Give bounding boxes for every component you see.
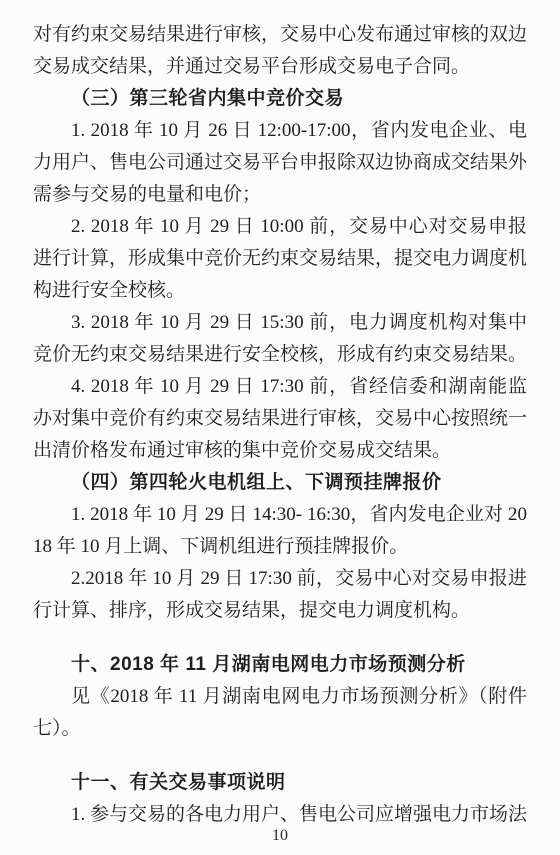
body-paragraph: 2.2018 年 10 月 29 日 17:30 前，交易中心对交易申报进行计算… <box>33 563 527 627</box>
section-heading: （四）第四轮火电机组上、下调预挂牌报价 <box>33 467 527 499</box>
section-heading: 十一、有关交易事项说明 <box>33 767 527 799</box>
body-paragraph: 2. 2018 年 10 月 29 日 10:00 前，交易中心对交易申报进行计… <box>33 211 527 307</box>
document-page: 对有约束交易结果进行审核，交易中心发布通过审核的双边交易成交结果，并通过交易平台… <box>0 0 560 855</box>
page-number: 10 <box>0 826 560 846</box>
document-body: 对有约束交易结果进行审核，交易中心发布通过审核的双边交易成交结果，并通过交易平台… <box>33 19 527 831</box>
body-paragraph: 3. 2018 年 10 月 29 日 15:30 前，电力调度机构对集中竞价无… <box>33 307 527 371</box>
section-heading: （三）第三轮省内集中竞价交易 <box>33 83 527 115</box>
body-paragraph: 1. 2018 年 10 月 26 日 12:00-17:00，省内发电企业、电… <box>33 115 527 211</box>
body-paragraph: 1. 2018 年 10 月 29 日 14:30- 16:30，省内发电企业对… <box>33 499 527 563</box>
body-paragraph: 4. 2018 年 10 月 29 日 17:30 前，省经信委和湖南能监办对集… <box>33 371 527 467</box>
section-heading: 十、2018 年 11 月湖南电网电力市场预测分析 <box>33 649 527 681</box>
body-paragraph: 对有约束交易结果进行审核，交易中心发布通过审核的双边交易成交结果，并通过交易平台… <box>33 19 527 83</box>
body-paragraph: 见《2018 年 11 月湖南电网电力市场预测分析》（附件七）。 <box>33 681 527 745</box>
